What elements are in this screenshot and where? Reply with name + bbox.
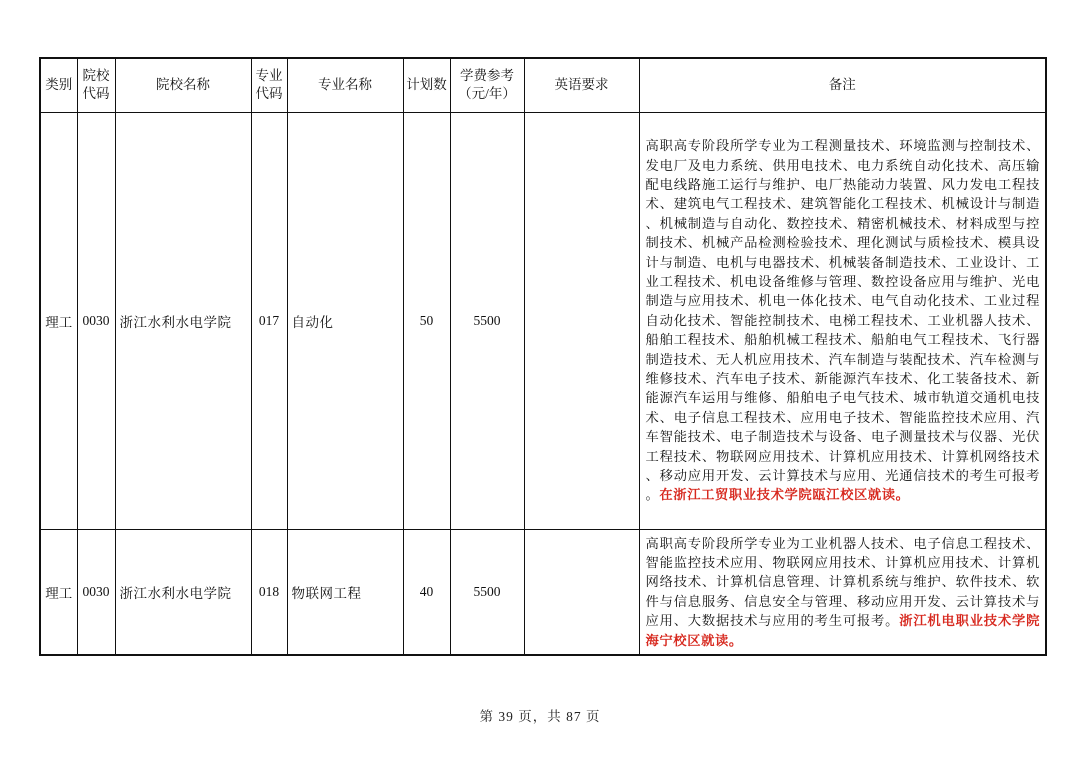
cell-college-name: 浙江水利水电学院 [115,112,251,529]
cell-tuition: 5500 [450,529,524,655]
header-english-req: 英语要求 [524,58,639,112]
cell-tuition: 5500 [450,112,524,529]
header-tuition: 学费参考 （元/年） [450,58,524,112]
cell-major-code: 017 [251,112,287,529]
header-major-name: 专业名称 [287,58,403,112]
cell-major-name: 物联网工程 [287,529,403,655]
remark-highlight: 在浙江工贸职业技术学院瓯江校区就读。 [659,487,909,502]
table-header-row: 类别 院校 代码 院校名称 专业 代码 专业名称 计划数 学费参考 （元/年） … [40,58,1046,112]
cell-category: 理工 [40,112,77,529]
header-major-code: 专业 代码 [251,58,287,112]
header-plan-count: 计划数 [403,58,450,112]
table-row: 理工 0030 浙江水利水电学院 017 自动化 50 5500 高职高专阶段所… [40,112,1046,529]
cell-plan-count: 40 [403,529,450,655]
cell-category: 理工 [40,529,77,655]
header-category: 类别 [40,58,77,112]
cell-college-name: 浙江水利水电学院 [115,529,251,655]
header-college-code: 院校 代码 [77,58,115,112]
cell-major-code: 018 [251,529,287,655]
header-college-name: 院校名称 [115,58,251,112]
cell-plan-count: 50 [403,112,450,529]
cell-english-req [524,529,639,655]
remark-text: 高职高专阶段所学专业为工程测量技术、环境监测与控制技术、发电厂及电力系统、供用电… [646,138,1041,502]
cell-major-name: 自动化 [287,112,403,529]
cell-college-code: 0030 [77,529,115,655]
header-remark: 备注 [639,58,1046,112]
cell-remark: 高职高专阶段所学专业为工程测量技术、环境监测与控制技术、发电厂及电力系统、供用电… [639,112,1046,529]
table-row: 理工 0030 浙江水利水电学院 018 物联网工程 40 5500 高职高专阶… [40,529,1046,655]
cell-remark: 高职高专阶段所学专业为工业机器人技术、电子信息工程技术、智能监控技术应用、物联网… [639,529,1046,655]
cell-english-req [524,112,639,529]
page-number: 第 39 页，共 87 页 [0,705,1080,725]
cell-college-code: 0030 [77,112,115,529]
admission-plan-table: 类别 院校 代码 院校名称 专业 代码 专业名称 计划数 学费参考 （元/年） … [39,57,1047,656]
